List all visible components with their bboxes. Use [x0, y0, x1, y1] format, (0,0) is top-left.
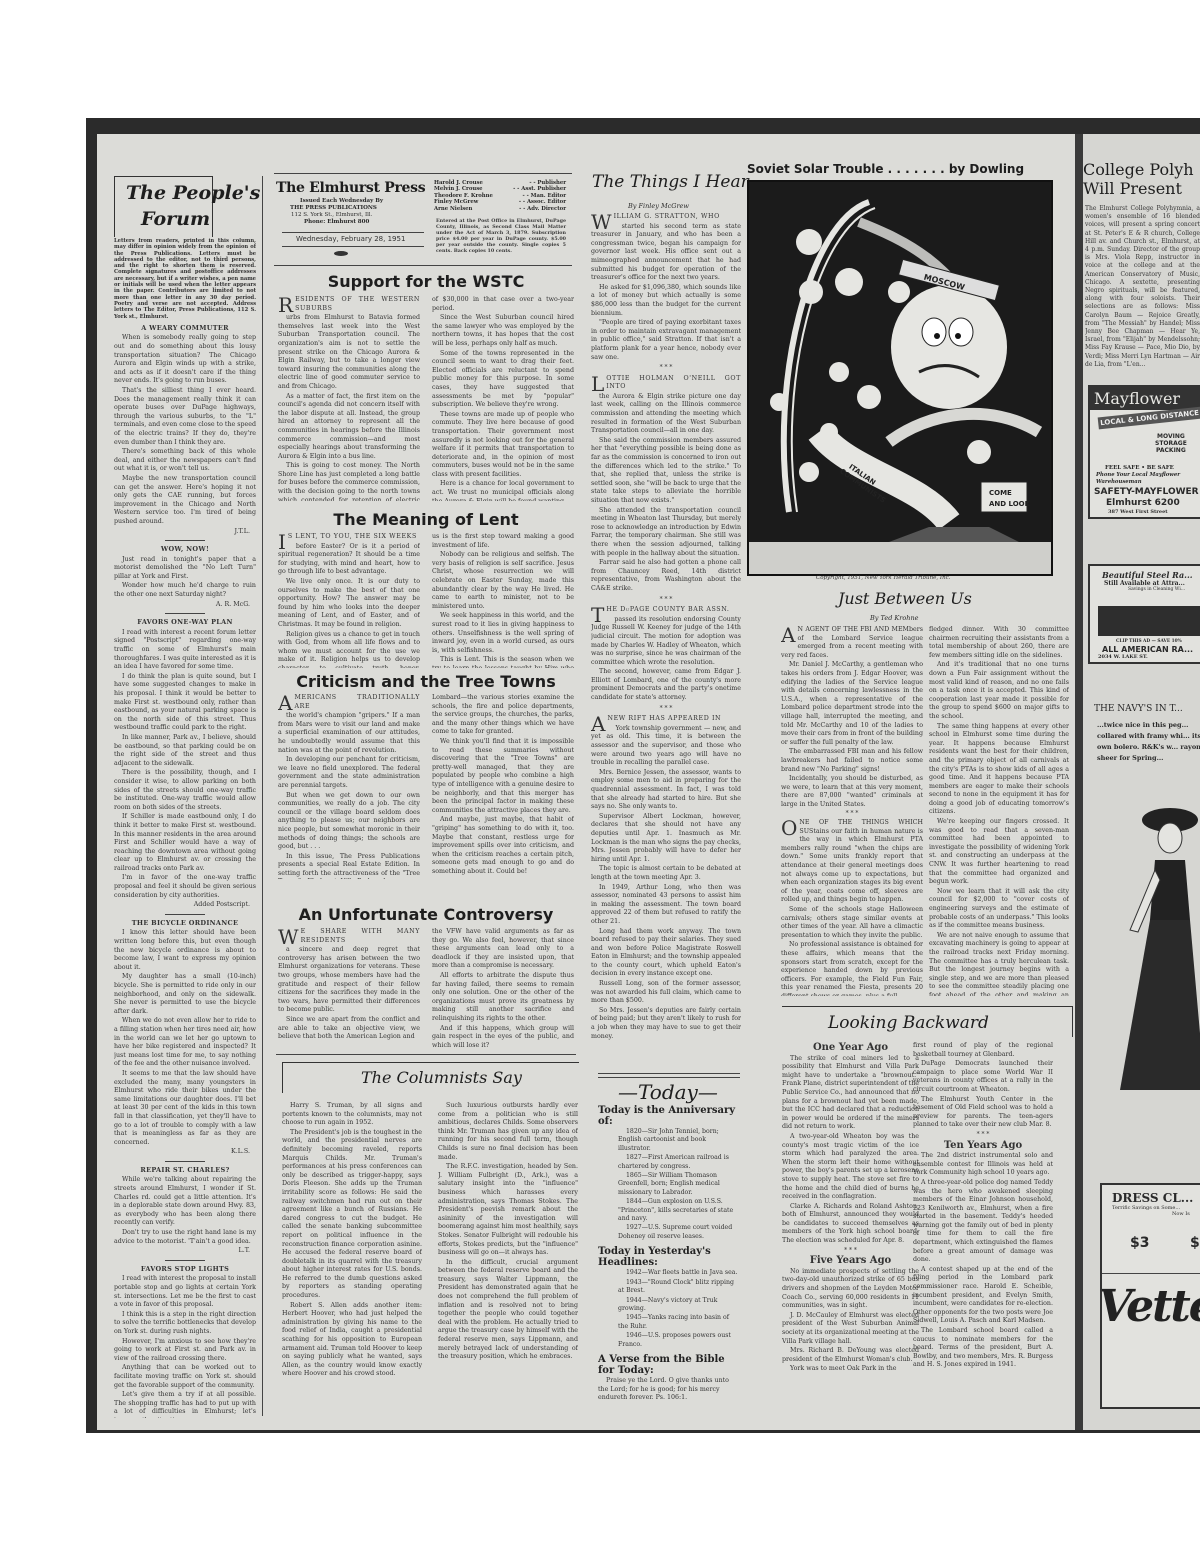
lead-paragraph: A N AGENT OF THE FBI AND MEMbers of the …	[781, 626, 923, 660]
columnists-column-1: Harry S. Truman, by all signs and porten…	[282, 1102, 422, 1422]
editorial-column-1: RESIDENTS OF THE WESTERN SUBURBSurbs fro…	[278, 296, 420, 501]
column-paragraph: passed its resolution endorsing County J…	[591, 616, 741, 668]
radiator-image	[1098, 606, 1200, 636]
editorial-column-1: AMERICANS TRADITIONALLY AREthe world's c…	[278, 694, 420, 879]
masthead-phone: Phone: Elmhurst 800	[304, 219, 369, 225]
lead-caps: HE DuPAGE COUNTY BAR ASSN.	[606, 606, 729, 613]
page-gutter	[1075, 134, 1083, 1433]
letter-signature: A. R. McG.	[114, 601, 250, 610]
column-paragraph: fledged dinner. With 30 committee chairm…	[929, 626, 1069, 660]
column-paragraph: Some of the schools stage Halloween carn…	[781, 906, 923, 940]
lead-paragraph: WILLIAM G. STRATTON, WHO	[591, 213, 741, 222]
columnists-title: The Columnists Say	[361, 1068, 522, 1087]
columnist-paragraph: Robert S. Allen adds another item: Herbe…	[282, 1302, 422, 1379]
lead-paragraph: A NEW RIFT HAS APPEARED IN	[591, 715, 741, 724]
column-paragraph: We are not naive enough to assume that e…	[929, 932, 1069, 996]
drop-cap: L	[591, 375, 604, 393]
letter-paragraph: I read with interest a recent forum lett…	[114, 629, 256, 672]
column-paragraph: The embarrassed FBI man and his fellow l…	[781, 748, 923, 774]
section-heading: Ten Years Ago	[913, 1142, 1053, 1151]
letter-heading: REPAIR ST. CHARLES?	[114, 1166, 256, 1175]
backward-paragraph: A contest shaped up at the end of the fi…	[913, 1266, 1053, 1326]
letter-signature: J.T.L.	[114, 528, 250, 537]
masthead-name: The Elmhurst Press	[276, 180, 425, 196]
drop-cap: I	[278, 533, 286, 551]
column-paragraph: In 1949, Arthur Long, who then was asses…	[591, 884, 741, 927]
lead-paragraph: LOTTIE HOLMAN O'NEILL GOT INTO	[591, 375, 741, 392]
letter-paragraph: I think this is a step in the right dire…	[114, 1311, 256, 1337]
today-double-rule	[598, 1073, 740, 1078]
verse-heading: A Verse from the Bible for Today:	[598, 1354, 740, 1376]
just-between-us-title: Just Between Us	[838, 589, 972, 608]
column-paragraph: He asked for $1,096,380, which sounds li…	[591, 284, 741, 318]
editorial-paragraph: the world's champion "gripers." If a man…	[278, 712, 420, 755]
letter-heading: A WEARY COMMUTER	[114, 324, 256, 333]
lead-caps: ESIDENTS OF THE WESTERN SUBURBS	[295, 296, 420, 312]
editorial-paragraph: These towns are made up of people who co…	[432, 411, 574, 480]
drop-cap: R	[278, 296, 293, 314]
anniversary-heading: Today is the Anniversary of:	[598, 1105, 740, 1127]
letter-divider	[165, 914, 205, 915]
letter-paragraph: It seems to me that the law should have …	[114, 1070, 256, 1147]
column-paragraph: Now we learn that it will ask the city c…	[929, 888, 1069, 931]
just-between-us-column-2: fledged dinner. With 30 committee chairm…	[929, 626, 1069, 996]
editorial-title: Criticism and the Tree Towns	[276, 672, 576, 691]
backward-paragraph: No immediate prospects of settling the t…	[782, 1268, 919, 1311]
section-heading: Five Years Ago	[782, 1257, 919, 1266]
column-paragraph: Supervisor Albert Lockman, however, decl…	[591, 813, 741, 865]
backward-paragraph: first round of play of the regional bask…	[913, 1042, 1053, 1059]
backward-paragraph: A three-year-old police dog named Teddy …	[913, 1179, 1053, 1265]
editorial-column-1: WE SHARE WITH MANY RESIDENTSa sincere an…	[278, 928, 420, 1050]
editorial-paragraph: Nobody can be religious and selfish. The…	[432, 551, 574, 611]
section-stars: * * *	[782, 1247, 919, 1256]
dress-figure-icon	[1110, 780, 1200, 1110]
column-paragraph: So Mrs. Jessen's deputies are fairly cer…	[591, 1007, 741, 1041]
masthead-staff: Harold J. Crouse- - PublisherMelvin J. C…	[434, 180, 566, 212]
column-paragraph: York township government — new, and yet …	[591, 725, 741, 768]
letter-signature: Added Postscript.	[114, 901, 250, 910]
headline-item: 1945—Yanks racing into basin of the Ruhr…	[598, 1314, 740, 1331]
headline-item: 1946—U.S. proposes powers oust Franco.	[598, 1332, 740, 1349]
editorial-paragraph: In this issue, The Press Publications pr…	[278, 853, 420, 879]
column-paragraph: "People are tired of paying exorbitant t…	[591, 319, 741, 362]
lead-paragraph: O NE OF THE THINGS WHICH SUStains our fa…	[781, 819, 923, 905]
editorial-paragraph: And if this happens, which group will ga…	[432, 1025, 574, 1050]
radiator-ad: Beautiful Steel Ra... Still Available at…	[1088, 564, 1200, 664]
mayflower-address: 387 West First Street	[1108, 509, 1168, 515]
letter-paragraph: Wonder how much he'd charge to ruin the …	[114, 582, 256, 599]
staff-name: Arne Nielsen	[434, 206, 472, 212]
dress-ad-now: Now Is	[1102, 1211, 1200, 1217]
editorial-paragraph: before Easter? Or is it a period of spir…	[278, 543, 420, 577]
letter-paragraph: That's the silliest thing I ever heard. …	[114, 387, 256, 447]
backward-paragraph: Mrs. Richard B. DeYoung was elected pres…	[782, 1347, 919, 1364]
columnist-paragraph: The President's job is the toughest in t…	[282, 1129, 422, 1301]
columnist-paragraph: In the difficult, crucial argument betwe…	[438, 1259, 578, 1362]
columnist-paragraph: Harry S. Truman, by all signs and porten…	[282, 1102, 422, 1128]
letter-paragraph: In like manner, Park av., I believe, sho…	[114, 734, 256, 768]
looking-backward-column-2: first round of play of the regional bask…	[913, 1042, 1053, 1422]
mayflower-slogan: FEEL SAFE • BE SAFE	[1105, 465, 1174, 471]
forum-intro: Letters from readers, printed in this co…	[114, 238, 256, 320]
editorial-title: Support for the WSTC	[276, 272, 576, 291]
lead-caps: NEW RIFT HAS APPEARED IN	[607, 715, 721, 722]
editorial-paragraph: us is the first step toward making a goo…	[432, 533, 574, 550]
backward-paragraph: DuPage Democrats launched their campaign…	[913, 1060, 1053, 1094]
section-heading: One Year Ago	[782, 1044, 919, 1053]
column-paragraph: And it's traditional that no one turns d…	[929, 661, 1069, 721]
column-paragraph: No professional assistance is obtained f…	[781, 941, 923, 996]
letter-paragraph: While we're talking about repairing the …	[114, 1176, 256, 1228]
verse-text: Praise ye the Lord. O give thanks unto t…	[598, 1377, 740, 1403]
lead-paragraph: WE SHARE WITH MANY RESIDENTS	[278, 928, 420, 945]
today-column: Today is the Anniversary of:1820—Sir Joh…	[598, 1102, 740, 1422]
column-paragraph: Long had them work anyway. The town boar…	[591, 928, 741, 980]
college-article: The Elmhurst College Polyhymnia, a women…	[1085, 205, 1200, 373]
editorial-title: The Meaning of Lent	[276, 510, 576, 529]
dress-ad-headline: DRESS CL...	[1102, 1185, 1200, 1205]
section-stars: * * *	[781, 810, 923, 819]
drop-cap: T	[591, 606, 604, 624]
radiator-coupon: CLIP THIS AD — SAVE 10%	[1116, 639, 1182, 644]
letter-paragraph: I do think the plan is quite sound, but …	[114, 673, 256, 733]
radiator-company: ALL AMERICAN RA...	[1102, 645, 1193, 654]
things-i-hear-column: WILLIAM G. STRATTON, WHOstarted his seco…	[591, 213, 741, 1048]
lead-caps: OTTIE HOLMAN O'NEILL GOT INTO	[606, 375, 741, 391]
drop-cap: A	[781, 626, 795, 644]
editorial-column-2: of $30,000 in that case over a two-year …	[432, 296, 574, 501]
letter-paragraph: Maybe the new transportation council can…	[114, 475, 256, 527]
dress-ad-rule	[1102, 1273, 1200, 1274]
letter-paragraph: If Schiller is made eastbound only, I do…	[114, 813, 256, 873]
letter-divider	[165, 540, 205, 541]
navy-ad-headline: THE NAVY'S IN T...	[1094, 704, 1183, 714]
editorial-column-1: IS LENT, TO YOU, THE SIX WEEKSbefore Eas…	[278, 533, 420, 668]
column-paragraph: The topic is almost certain to be debate…	[591, 865, 741, 882]
letter-paragraph: I know this letter should have been writ…	[114, 929, 256, 972]
anniversary-item: 1844—Gun explosion on U.S.S. "Princeton"…	[598, 1198, 740, 1223]
editorial-paragraph: Since we are apart from the conflict and…	[278, 1016, 420, 1042]
letter-heading: THE BICYCLE ORDINANCE	[114, 919, 256, 928]
anniversary-item: 1820—Sir John Tenniel, born; English car…	[598, 1128, 740, 1153]
editorial-paragraph: a sincere and deep regret that controver…	[278, 946, 420, 1015]
letter-divider	[165, 613, 205, 614]
columnists-rule	[276, 1054, 576, 1055]
backward-paragraph: York was to meet Oak Park in the	[782, 1365, 919, 1374]
editorial-column-2: the VFW have valid arguments as far as t…	[432, 928, 574, 1050]
columnist-paragraph: Such luxurious outbursts hardly ever com…	[438, 1102, 578, 1162]
editorial-paragraph: As a matter of fact, the first item on t…	[278, 393, 420, 462]
forum-title-line2: Forum	[141, 208, 210, 230]
letter-divider	[165, 1260, 205, 1261]
lead-paragraph: THE DuPAGE COUNTY BAR ASSN.	[591, 606, 741, 615]
editorial-paragraph: Since the West Suburban council hired th…	[432, 314, 574, 348]
column-paragraph: Mrs. Bernice Jessen, the assessor, wants…	[591, 769, 741, 812]
dress-ad-price-2: $	[1190, 1235, 1200, 1251]
editorial-paragraph: We live only once. It is our duty to our…	[278, 578, 420, 630]
lead-caps: E SHARE WITH MANY RESIDENTS	[301, 928, 420, 944]
svg-text:AND LOOK: AND LOOK	[989, 500, 1031, 508]
columnists-column-2: Such luxurious outbursts hardly ever com…	[438, 1102, 578, 1422]
svg-text:COME: COME	[989, 489, 1012, 497]
cartoon-illustration: MOSCOW ITALIAN COMMUNISTS COME AND LOOK	[749, 182, 1051, 574]
forum-column-rule	[262, 176, 263, 1416]
letter-heading: FAVORS ONE-WAY PLAN	[114, 618, 256, 627]
anniversary-item: 1865—Sir William Thomason Greenfell, bor…	[598, 1172, 740, 1197]
forum-title-line1: The People's	[126, 182, 260, 204]
masthead-date-rule-bottom	[282, 246, 424, 247]
headline-item: 1943—"Round Clock" blitz ripping at Bres…	[598, 1279, 740, 1296]
drop-cap: O	[781, 819, 797, 837]
backward-paragraph: The 2nd district instrumental solo and e…	[913, 1152, 1053, 1178]
letter-paragraph: Let's give them a try if at all possible…	[114, 1391, 256, 1418]
letter-paragraph: Don't try to use the right hand lane is …	[114, 1229, 256, 1246]
lead-caps: MERICANS TRADITIONALLY ARE	[294, 694, 420, 710]
mayflower-call: Phone Your Local Mayflower Warehouseman	[1096, 472, 1196, 485]
fashion-illustration	[1110, 780, 1200, 1110]
lead-paragraph: IS LENT, TO YOU, THE SIX WEEKS	[278, 533, 420, 542]
section-stars: * * *	[591, 364, 741, 373]
cartoon-title-dots: . . . . . . .	[888, 162, 949, 176]
editorial-column-2: Lombard—the various stories examine the …	[432, 694, 574, 879]
college-headline: College PolyhWill Present	[1083, 160, 1194, 198]
dress-ad-store: Vette's	[1100, 1281, 1200, 1332]
editorial-cartoon: MOSCOW ITALIAN COMMUNISTS COME AND LOOK	[747, 180, 1053, 576]
letter-paragraph: However, I'm anxious to see how they're …	[114, 1338, 256, 1364]
cartoon-title-text: Soviet Solar Trouble	[747, 162, 883, 176]
column-paragraph: Incidentally, you should be disturbed, a…	[781, 775, 923, 809]
editorial-paragraph: urbs from Elmhurst to Batavia formed the…	[278, 314, 420, 391]
mayflower-ad: Mayflower LOCAL & LONG DISTANCE MOVINGST…	[1088, 385, 1200, 519]
masthead-address: 112 S. York St., Elmhurst, Ill.	[291, 212, 372, 218]
letter-divider	[165, 1161, 205, 1162]
section-stars: * * *	[591, 705, 741, 714]
anniversary-item: 1927—U.S. Supreme court voided Doheney o…	[598, 1224, 740, 1241]
headline-item: 1944—Navy's victory at Truk growing.	[598, 1297, 740, 1314]
masthead-bottom-rule	[274, 265, 572, 266]
editorial-paragraph: All efforts to arbitrate the dispute thu…	[432, 972, 574, 1024]
backward-paragraph: The strike of coal miners led to a possi…	[782, 1055, 919, 1132]
editorial-paragraph: And maybe, just maybe, that habit of "gr…	[432, 816, 574, 876]
forum-title-box: The People's Forum	[114, 176, 213, 237]
things-i-hear-title: The Things I Hear	[592, 172, 749, 192]
mayflower-service: LOCAL & LONG DISTANCE	[1098, 407, 1200, 430]
letter-paragraph: I read with interest the proposal to ins…	[114, 1275, 256, 1309]
mayflower-phone: Elmhurst 6200	[1106, 498, 1180, 508]
headline-item: 1942—War fleets battle in Java sea.	[598, 1269, 740, 1277]
columnists-title-box: The Columnists Say	[282, 1062, 579, 1093]
column-paragraph: She attended the transportation council …	[591, 507, 741, 559]
cartoon-title: Soviet Solar Trouble . . . . . . . by Do…	[747, 162, 1024, 176]
backward-paragraph: The Elmhurst Youth Center in the basemen…	[913, 1096, 1053, 1130]
radiator-note: Savings in Cleaning Wi...	[1090, 587, 1200, 592]
anniversary-item: 1827—First American railroad is chartere…	[598, 1154, 740, 1171]
mayflower-services: MOVINGSTORAGEPACKING	[1155, 433, 1187, 454]
letter-paragraph: Just read in tonight's paper that a moto…	[114, 556, 256, 582]
backward-paragraph: Clarke A. Richards and Roland Ashton, bo…	[782, 1203, 919, 1246]
editorial-paragraph: In developing our penchant for criticism…	[278, 756, 420, 790]
drop-cap: W	[278, 928, 299, 946]
looking-backward-title: Looking Backward	[828, 1013, 989, 1033]
editorial-paragraph: the VFW have valid arguments as far as t…	[432, 928, 574, 971]
letter-heading: WOW, NOW!	[114, 545, 256, 554]
column-paragraph: started his second term as state treasur…	[591, 223, 741, 283]
radiator-sub: Still Available at Attra...	[1090, 580, 1200, 587]
backward-paragraph: J. D. McCauley of Elmhurst was elected p…	[782, 1312, 919, 1346]
forum-letters: Letters from readers, printed in this co…	[114, 238, 256, 1418]
backward-paragraph: The Lombard school board called a caucus…	[913, 1327, 1053, 1370]
today-title: —Today—	[618, 1080, 718, 1104]
cartoon-credit: by Dowling	[949, 162, 1024, 176]
editorial-paragraph: Religion gives us a chance to get in tou…	[278, 631, 420, 668]
column-paragraph: The same thing happens at every other sc…	[929, 723, 1069, 818]
section-stars: * * *	[591, 596, 741, 605]
column-paragraph: She said the commission members assured …	[591, 437, 741, 506]
mayflower-company: SAFETY-MAYFLOWER	[1094, 487, 1199, 497]
column-paragraph: Farrar said he also had gotten a phone c…	[591, 559, 741, 593]
drop-cap: A	[591, 715, 605, 733]
editorial-title: An Unfortunate Controversy	[276, 905, 576, 924]
letter-paragraph: I'm in favor of the one-way traffic prop…	[114, 874, 256, 900]
column-paragraph: Mr. Daniel J. McCarthy, a gentleman who …	[781, 661, 923, 747]
masthead-issued: Issued Each Wednesday By	[300, 198, 383, 204]
drop-cap: A	[278, 694, 292, 712]
editorial-paragraph: Here is a chance for local government to…	[432, 480, 574, 501]
letter-paragraph: When is somebody really going to step ou…	[114, 334, 256, 386]
drop-cap: W	[591, 213, 612, 231]
columnist-paragraph: The R.F.C. investigation, headed by Sen.…	[438, 1163, 578, 1258]
masthead-entry-note: Entered at the Post Office in Elmhurst, …	[436, 218, 566, 254]
lead-paragraph: AMERICANS TRADITIONALLY ARE	[278, 694, 420, 711]
issue-date: Wednesday, February 28, 1951	[296, 235, 405, 243]
editorial-paragraph: Lombard—the various stories examine the …	[432, 694, 574, 737]
editorial-paragraph: of $30,000 in that case over a two-year …	[432, 296, 574, 313]
editorial-paragraph: But when we get down to our own communit…	[278, 792, 420, 852]
letter-heading: FAVORS STOP LIGHTS	[114, 1265, 256, 1274]
lead-caps: S LENT, TO YOU, THE SIX WEEKS	[288, 533, 417, 540]
staff-row: Arne Nielsen- - Adv. Director	[434, 206, 566, 212]
staff-role: - - Adv. Director	[519, 206, 566, 212]
column-paragraph: We're keeping our fingers crossed. It wa…	[929, 818, 1069, 887]
editorial-paragraph: Some of the towns represented in the cou…	[432, 350, 574, 410]
editorial-paragraph: This is going to cost money. The North S…	[278, 462, 420, 501]
masthead-top-rule	[274, 173, 572, 174]
looking-backward-column-1: One Year AgoThe strike of coal miners le…	[782, 1042, 919, 1422]
letter-paragraph: Anything that can be worked out to facil…	[114, 1364, 256, 1390]
editorial-paragraph: We seek happiness in this world, and the…	[432, 612, 574, 655]
column-paragraph: the Aurora & Elgin strike picture one da…	[591, 393, 741, 436]
masthead-publisher: THE PRESS PUBLICATIONS	[290, 205, 377, 211]
letter-paragraph: My daughter has a small (10-inch) bicycl…	[114, 973, 256, 1016]
radiator-headline: Beautiful Steel Ra...	[1090, 566, 1200, 580]
letter-paragraph: When we do not even allow her to ride to…	[114, 1017, 256, 1069]
section-stars: * * *	[913, 1131, 1053, 1140]
letter-paragraph: There is the possibility, though, and I …	[114, 769, 256, 812]
navy-ad-text: ...twice nice in this peg... collared wi…	[1097, 720, 1200, 764]
dress-ad: DRESS CL... Terrific Savings on Some... …	[1100, 1183, 1200, 1409]
lead-caps: ILLIAM G. STRATTON, WHO	[614, 213, 720, 220]
editorial-column-2: us is the first step toward making a goo…	[432, 533, 574, 668]
letter-signature: K.L.S.	[114, 1148, 250, 1157]
mayflower-brand: Mayflower	[1090, 387, 1200, 410]
just-between-us-byline: By Ted Krohne	[870, 614, 919, 622]
dress-ad-price: $3	[1130, 1235, 1149, 1251]
column-paragraph: Russell Long, son of the former assessor…	[591, 980, 741, 1006]
just-between-us-column-1: A N AGENT OF THE FBI AND MEMbers of the …	[781, 626, 923, 996]
radiator-address: 2034 W. LAKE ST.	[1098, 654, 1148, 660]
scan-bottom-edge	[86, 1430, 1200, 1433]
editorial-paragraph: We think you'll find that it is impossib…	[432, 738, 574, 815]
backward-paragraph: A two-year-old Wheaton boy was the count…	[782, 1133, 919, 1202]
cartoon-copyright: Copyright, 1951, New York Herald Tribune…	[816, 575, 950, 581]
letter-signature: L.T.	[114, 1247, 250, 1256]
letter-paragraph: There's something back of this whole dea…	[114, 448, 256, 474]
headlines-heading: Today in Yesterday's Headlines:	[598, 1246, 740, 1268]
editorial-paragraph: This is Lent. This is the season when we…	[432, 656, 574, 668]
masthead-date-rule-top	[282, 232, 424, 233]
things-i-hear-byline: By Finley McGrew	[628, 202, 689, 210]
lead-paragraph: RESIDENTS OF THE WESTERN SUBURBS	[278, 296, 420, 313]
masthead-ornament	[334, 251, 348, 256]
column-paragraph: The second, however, came from Edgar J. …	[591, 668, 741, 702]
